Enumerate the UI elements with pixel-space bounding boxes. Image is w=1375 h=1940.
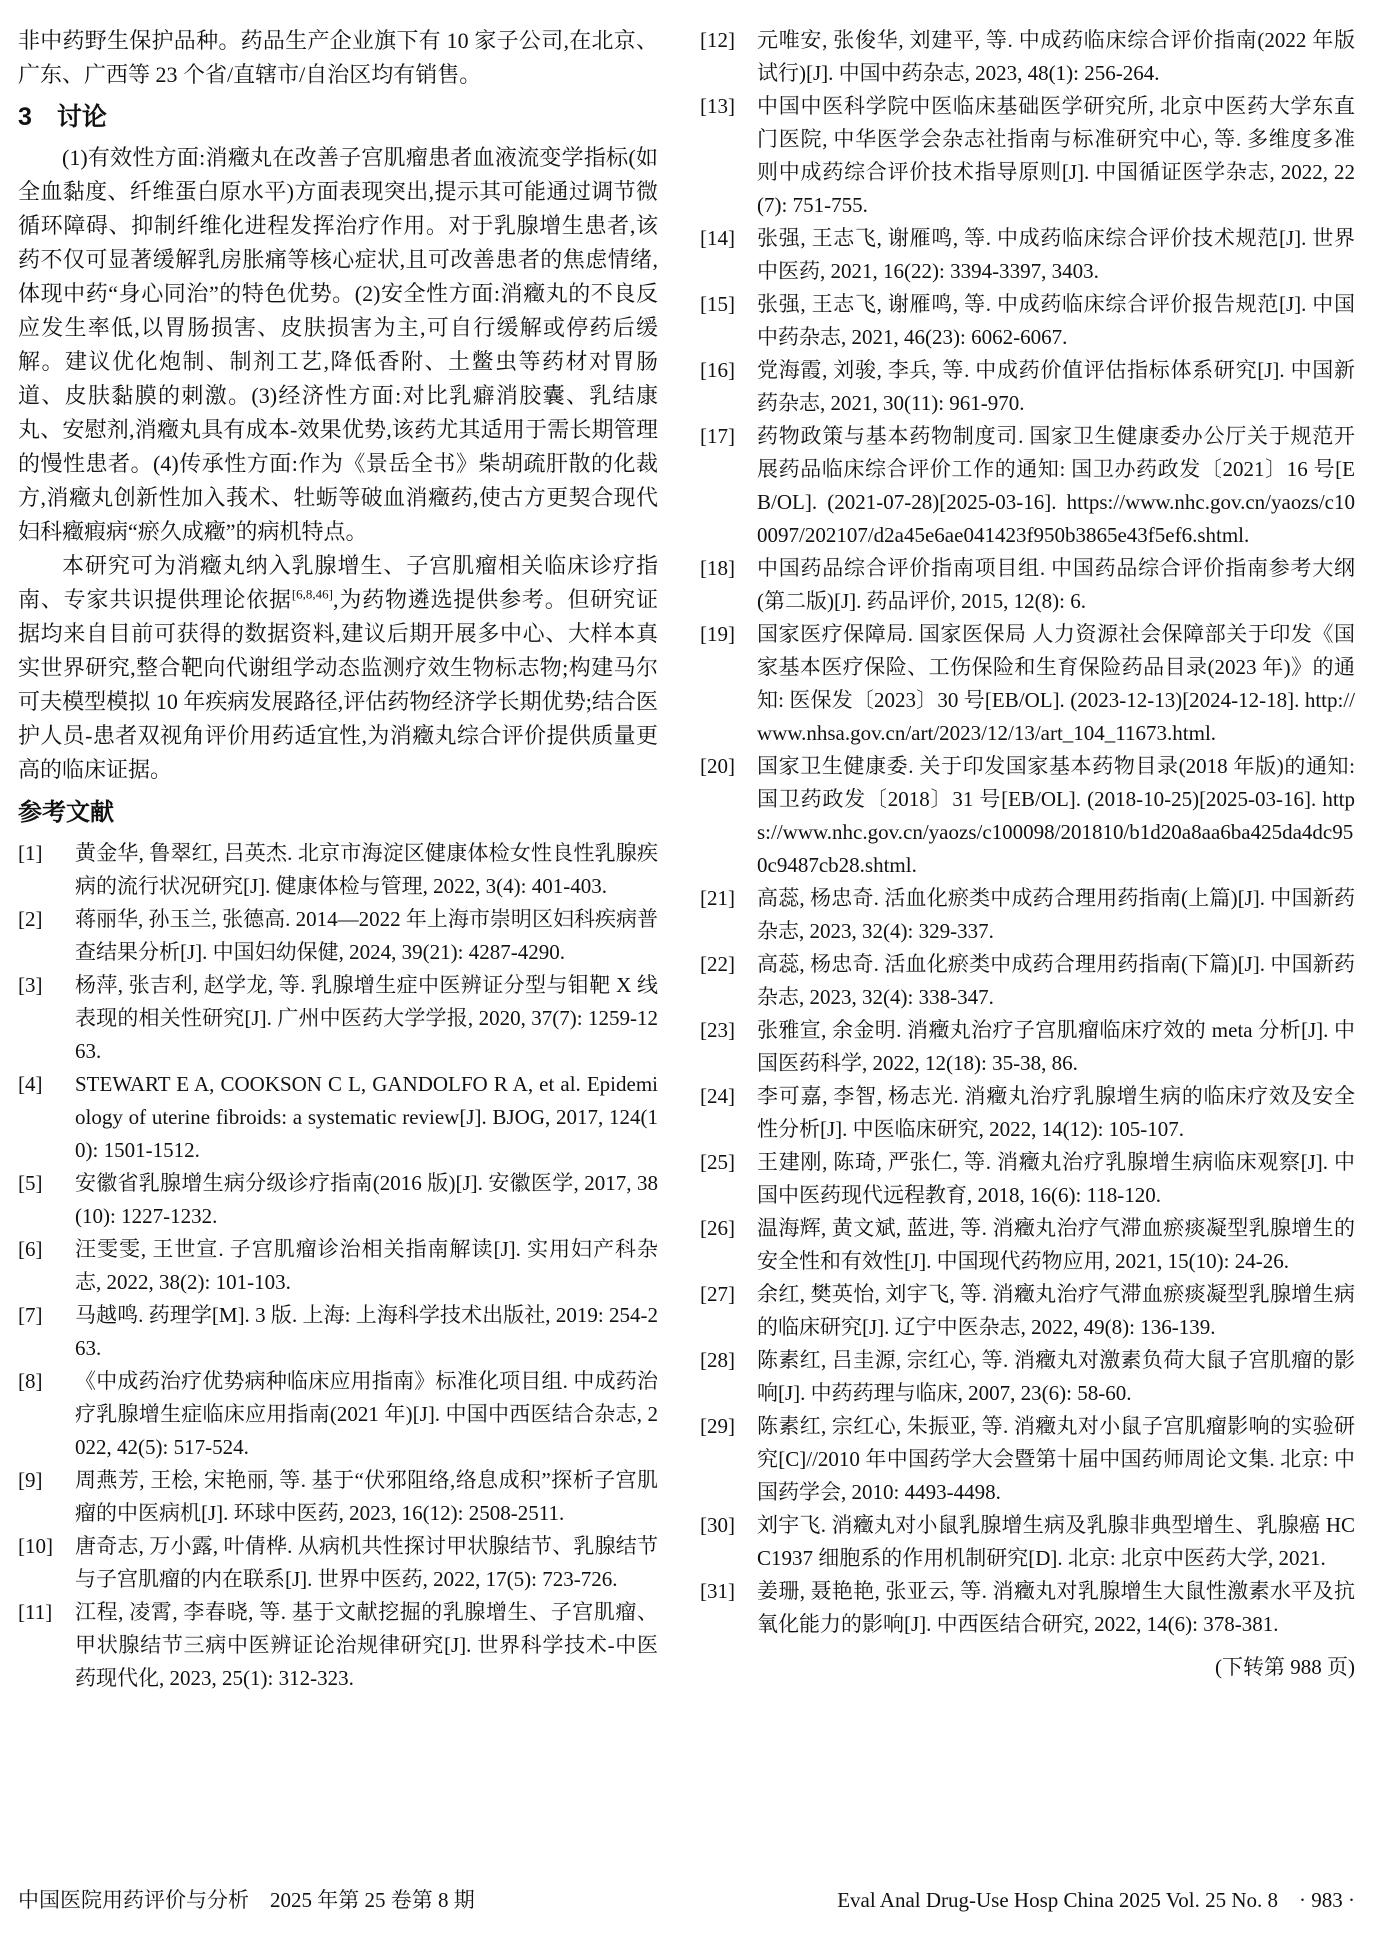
reference-list-left: [1]黄金华, 鲁翠红, 吕英杰. 北京市海淀区健康体检女性良性乳腺疾病的流行状… bbox=[18, 837, 658, 1695]
reference-item: [27]余红, 樊英怡, 刘宇飞, 等. 消癥丸治疗气滞血瘀痰凝型乳腺增生病的临… bbox=[700, 1278, 1355, 1344]
reference-number: [17] bbox=[700, 420, 757, 453]
discussion-section-heading: 3 讨论 bbox=[18, 99, 658, 135]
reference-text: 《中成药治疗优势病种临床应用指南》标准化项目组. 中成药治疗乳腺增生症临床应用指… bbox=[75, 1365, 658, 1464]
reference-number: [28] bbox=[700, 1344, 757, 1377]
reference-text: 元唯安, 张俊华, 刘建平, 等. 中成药临床综合评价指南(2022 年版试行)… bbox=[757, 24, 1355, 90]
reference-text: 安徽省乳腺增生病分级诊疗指南(2016 版)[J]. 安徽医学, 2017, 3… bbox=[75, 1167, 658, 1233]
reference-text: 黄金华, 鲁翠红, 吕英杰. 北京市海淀区健康体检女性良性乳腺疾病的流行状况研究… bbox=[75, 837, 658, 903]
reference-item: [2]蒋丽华, 孙玉兰, 张德高. 2014—2022 年上海市崇明区妇科疾病普… bbox=[18, 903, 658, 969]
citation-superscript: [6,8,46] bbox=[292, 587, 333, 602]
continuation-paragraph: 非中药野生保护品种。药品生产企业旗下有 10 家子公司,在北京、广东、广西等 2… bbox=[18, 24, 658, 92]
reference-text: 陈素红, 宗红心, 朱振亚, 等. 消癥丸对小鼠子宫肌瘤影响的实验研究[C]//… bbox=[757, 1410, 1355, 1509]
reference-number: [2] bbox=[18, 903, 75, 936]
reference-number: [22] bbox=[700, 948, 757, 981]
reference-text: 药物政策与基本药物制度司. 国家卫生健康委办公厅关于规范开展药品临床综合评价工作… bbox=[757, 420, 1355, 552]
journal-page: 非中药野生保护品种。药品生产企业旗下有 10 家子公司,在北京、广东、广西等 2… bbox=[0, 0, 1375, 1940]
reference-text: 刘宇飞. 消癥丸对小鼠乳腺增生病及乳腺非典型增生、乳腺癌 HCC1937 细胞系… bbox=[757, 1509, 1355, 1575]
reference-item: [3]杨萍, 张吉利, 赵学龙, 等. 乳腺增生症中医辨证分型与钼靶 X 线表现… bbox=[18, 969, 658, 1068]
reference-number: [31] bbox=[700, 1575, 757, 1608]
reference-number: [23] bbox=[700, 1014, 757, 1047]
reference-item: [14]张强, 王志飞, 谢雁鸣, 等. 中成药临床综合评价技术规范[J]. 世… bbox=[700, 222, 1355, 288]
reference-number: [11] bbox=[18, 1596, 75, 1629]
reference-item: [18]中国药品综合评价指南项目组. 中国药品综合评价指南参考大纲(第二版)[J… bbox=[700, 552, 1355, 618]
reference-item: [11]江程, 凌霄, 李春晓, 等. 基于文献挖掘的乳腺增生、子宫肌瘤、甲状腺… bbox=[18, 1596, 658, 1695]
reference-item: [28]陈素红, 吕圭源, 宗红心, 等. 消癥丸对激素负荷大鼠子宫肌瘤的影响[… bbox=[700, 1344, 1355, 1410]
reference-number: [30] bbox=[700, 1509, 757, 1542]
reference-item: [22]高蕊, 杨忠奇. 活血化瘀类中成药合理用药指南(下篇)[J]. 中国新药… bbox=[700, 948, 1355, 1014]
reference-item: [17]药物政策与基本药物制度司. 国家卫生健康委办公厅关于规范开展药品临床综合… bbox=[700, 420, 1355, 552]
reference-number: [25] bbox=[700, 1146, 757, 1179]
reference-item: [6]汪雯雯, 王世宣. 子宫肌瘤诊治相关指南解读[J]. 实用妇产科杂志, 2… bbox=[18, 1233, 658, 1299]
reference-text: 汪雯雯, 王世宣. 子宫肌瘤诊治相关指南解读[J]. 实用妇产科杂志, 2022… bbox=[75, 1233, 658, 1299]
reference-item: [25]王建刚, 陈琦, 严张仁, 等. 消癥丸治疗乳腺增生病临床观察[J]. … bbox=[700, 1146, 1355, 1212]
reference-number: [1] bbox=[18, 837, 75, 870]
two-column-layout: 非中药野生保护品种。药品生产企业旗下有 10 家子公司,在北京、广东、广西等 2… bbox=[0, 0, 1375, 1695]
reference-item: [12]元唯安, 张俊华, 刘建平, 等. 中成药临床综合评价指南(2022 年… bbox=[700, 24, 1355, 90]
reference-item: [26]温海辉, 黄文斌, 蓝进, 等. 消癥丸治疗气滞血瘀痰凝型乳腺增生的安全… bbox=[700, 1212, 1355, 1278]
reference-number: [4] bbox=[18, 1068, 75, 1101]
reference-text: 张强, 王志飞, 谢雁鸣, 等. 中成药临床综合评价技术规范[J]. 世界中医药… bbox=[757, 222, 1355, 288]
reference-item: [21]高蕊, 杨忠奇. 活血化瘀类中成药合理用药指南(上篇)[J]. 中国新药… bbox=[700, 882, 1355, 948]
reference-item: [31]姜珊, 聂艳艳, 张亚云, 等. 消癥丸对乳腺增生大鼠性激素水平及抗氧化… bbox=[700, 1575, 1355, 1641]
reference-number: [24] bbox=[700, 1080, 757, 1113]
reference-number: [5] bbox=[18, 1167, 75, 1200]
reference-item: [10]唐奇志, 万小露, 叶倩桦. 从病机共性探讨甲状腺结节、乳腺结节与子宫肌… bbox=[18, 1530, 658, 1596]
reference-text: 中国药品综合评价指南项目组. 中国药品综合评价指南参考大纲(第二版)[J]. 药… bbox=[757, 552, 1355, 618]
reference-item: [19]国家医疗保障局. 国家医保局 人力资源社会保障部关于印发《国家基本医疗保… bbox=[700, 618, 1355, 750]
reference-text: 蒋丽华, 孙玉兰, 张德高. 2014—2022 年上海市崇明区妇科疾病普查结果… bbox=[75, 903, 658, 969]
reference-item: [29]陈素红, 宗红心, 朱振亚, 等. 消癥丸对小鼠子宫肌瘤影响的实验研究[… bbox=[700, 1410, 1355, 1509]
reference-text: 马越鸣. 药理学[M]. 3 版. 上海: 上海科学技术出版社, 2019: 2… bbox=[75, 1299, 658, 1365]
footer-journal-title-en-page-number: Eval Anal Drug-Use Hosp China 2025 Vol. … bbox=[837, 1884, 1355, 1914]
reference-text: 国家医疗保障局. 国家医保局 人力资源社会保障部关于印发《国家基本医疗保险、工伤… bbox=[757, 618, 1355, 750]
reference-number: [16] bbox=[700, 354, 757, 387]
left-column: 非中药野生保护品种。药品生产企业旗下有 10 家子公司,在北京、广东、广西等 2… bbox=[18, 24, 658, 1695]
reference-text: 陈素红, 吕圭源, 宗红心, 等. 消癥丸对激素负荷大鼠子宫肌瘤的影响[J]. … bbox=[757, 1344, 1355, 1410]
reference-text: 高蕊, 杨忠奇. 活血化瘀类中成药合理用药指南(上篇)[J]. 中国新药杂志, … bbox=[757, 882, 1355, 948]
reference-item: [15]张强, 王志飞, 谢雁鸣, 等. 中成药临床综合评价报告规范[J]. 中… bbox=[700, 288, 1355, 354]
discussion-paragraph-2: 本研究可为消癥丸纳入乳腺增生、子宫肌瘤相关临床诊疗指南、专家共识提供理论依据[6… bbox=[18, 549, 658, 787]
reference-text: 国家卫生健康委. 关于印发国家基本药物目录(2018 年版)的通知: 国卫药政发… bbox=[757, 750, 1355, 882]
reference-text: 杨萍, 张吉利, 赵学龙, 等. 乳腺增生症中医辨证分型与钼靶 X 线表现的相关… bbox=[75, 969, 658, 1068]
reference-number: [10] bbox=[18, 1530, 75, 1563]
reference-number: [27] bbox=[700, 1278, 757, 1311]
reference-number: [20] bbox=[700, 750, 757, 783]
reference-item: [23]张雅宣, 余金明. 消癥丸治疗子宫肌瘤临床疗效的 meta 分析[J].… bbox=[700, 1014, 1355, 1080]
reference-number: [13] bbox=[700, 90, 757, 123]
reference-item: [8]《中成药治疗优势病种临床应用指南》标准化项目组. 中成药治疗乳腺增生症临床… bbox=[18, 1365, 658, 1464]
paragraph-2-text-continued: ,为药物遴选提供参考。但研究证据均来自目前可获得的数据资料,建议后期开展多中心、… bbox=[18, 587, 658, 782]
reference-number: [15] bbox=[700, 288, 757, 321]
reference-item: [24]李可嘉, 李智, 杨志光. 消癥丸治疗乳腺增生病的临床疗效及安全性分析[… bbox=[700, 1080, 1355, 1146]
footer-journal-title-cn: 中国医院用药评价与分析 2025 年第 25 卷第 8 期 bbox=[18, 1884, 475, 1914]
page-footer: 中国医院用药评价与分析 2025 年第 25 卷第 8 期 Eval Anal … bbox=[18, 1884, 1355, 1914]
reference-item: [5]安徽省乳腺增生病分级诊疗指南(2016 版)[J]. 安徽医学, 2017… bbox=[18, 1167, 658, 1233]
reference-item: [16]党海霞, 刘骏, 李兵, 等. 中成药价值评估指标体系研究[J]. 中国… bbox=[700, 354, 1355, 420]
reference-text: 王建刚, 陈琦, 严张仁, 等. 消癥丸治疗乳腺增生病临床观察[J]. 中国中医… bbox=[757, 1146, 1355, 1212]
reference-number: [3] bbox=[18, 969, 75, 1002]
reference-number: [21] bbox=[700, 882, 757, 915]
reference-number: [12] bbox=[700, 24, 757, 57]
reference-number: [7] bbox=[18, 1299, 75, 1332]
reference-text: 李可嘉, 李智, 杨志光. 消癥丸治疗乳腺增生病的临床疗效及安全性分析[J]. … bbox=[757, 1080, 1355, 1146]
reference-text: 温海辉, 黄文斌, 蓝进, 等. 消癥丸治疗气滞血瘀痰凝型乳腺增生的安全性和有效… bbox=[757, 1212, 1355, 1278]
reference-text: STEWART E A, COOKSON C L, GANDOLFO R A, … bbox=[75, 1068, 658, 1167]
right-column: [12]元唯安, 张俊华, 刘建平, 等. 中成药临床综合评价指南(2022 年… bbox=[700, 24, 1355, 1695]
reference-text: 唐奇志, 万小露, 叶倩桦. 从病机共性探讨甲状腺结节、乳腺结节与子宫肌瘤的内在… bbox=[75, 1530, 658, 1596]
reference-number: [18] bbox=[700, 552, 757, 585]
reference-text: 高蕊, 杨忠奇. 活血化瘀类中成药合理用药指南(下篇)[J]. 中国新药杂志, … bbox=[757, 948, 1355, 1014]
reference-number: [19] bbox=[700, 618, 757, 651]
reference-number: [8] bbox=[18, 1365, 75, 1398]
reference-text: 周燕芳, 王桧, 宋艳丽, 等. 基于“伏邪阻络,络息成积”探析子宫肌瘤的中医病… bbox=[75, 1464, 658, 1530]
reference-number: [6] bbox=[18, 1233, 75, 1266]
reference-number: [14] bbox=[700, 222, 757, 255]
reference-item: [7]马越鸣. 药理学[M]. 3 版. 上海: 上海科学技术出版社, 2019… bbox=[18, 1299, 658, 1365]
reference-item: [13]中国中医科学院中医临床基础医学研究所, 北京中医药大学东直门医院, 中华… bbox=[700, 90, 1355, 222]
reference-text: 江程, 凌霄, 李春晓, 等. 基于文献挖掘的乳腺增生、子宫肌瘤、甲状腺结节三病… bbox=[75, 1596, 658, 1695]
reference-list-right: [12]元唯安, 张俊华, 刘建平, 等. 中成药临床综合评价指南(2022 年… bbox=[700, 24, 1355, 1641]
references-heading: 参考文献 bbox=[18, 795, 658, 831]
reference-item: [4]STEWART E A, COOKSON C L, GANDOLFO R … bbox=[18, 1068, 658, 1167]
reference-text: 中国中医科学院中医临床基础医学研究所, 北京中医药大学东直门医院, 中华医学会杂… bbox=[757, 90, 1355, 222]
reference-number: [29] bbox=[700, 1410, 757, 1443]
reference-number: [26] bbox=[700, 1212, 757, 1245]
reference-number: [9] bbox=[18, 1464, 75, 1497]
reference-item: [20]国家卫生健康委. 关于印发国家基本药物目录(2018 年版)的通知: 国… bbox=[700, 750, 1355, 882]
reference-item: [1]黄金华, 鲁翠红, 吕英杰. 北京市海淀区健康体检女性良性乳腺疾病的流行状… bbox=[18, 837, 658, 903]
reference-item: [9]周燕芳, 王桧, 宋艳丽, 等. 基于“伏邪阻络,络息成积”探析子宫肌瘤的… bbox=[18, 1464, 658, 1530]
reference-text: 张强, 王志飞, 谢雁鸣, 等. 中成药临床综合评价报告规范[J]. 中国中药杂… bbox=[757, 288, 1355, 354]
reference-item: [30]刘宇飞. 消癥丸对小鼠乳腺增生病及乳腺非典型增生、乳腺癌 HCC1937… bbox=[700, 1509, 1355, 1575]
reference-text: 党海霞, 刘骏, 李兵, 等. 中成药价值评估指标体系研究[J]. 中国新药杂志… bbox=[757, 354, 1355, 420]
reference-text: 余红, 樊英怡, 刘宇飞, 等. 消癥丸治疗气滞血瘀痰凝型乳腺增生病的临床研究[… bbox=[757, 1278, 1355, 1344]
reference-text: 张雅宣, 余金明. 消癥丸治疗子宫肌瘤临床疗效的 meta 分析[J]. 中国医… bbox=[757, 1014, 1355, 1080]
discussion-paragraph-1: (1)有效性方面:消癥丸在改善子宫肌瘤患者血液流变学指标(如全血黏度、纤维蛋白原… bbox=[18, 141, 658, 549]
continued-on-page-note: (下转第 988 页) bbox=[700, 1651, 1355, 1684]
reference-text: 姜珊, 聂艳艳, 张亚云, 等. 消癥丸对乳腺增生大鼠性激素水平及抗氧化能力的影… bbox=[757, 1575, 1355, 1641]
